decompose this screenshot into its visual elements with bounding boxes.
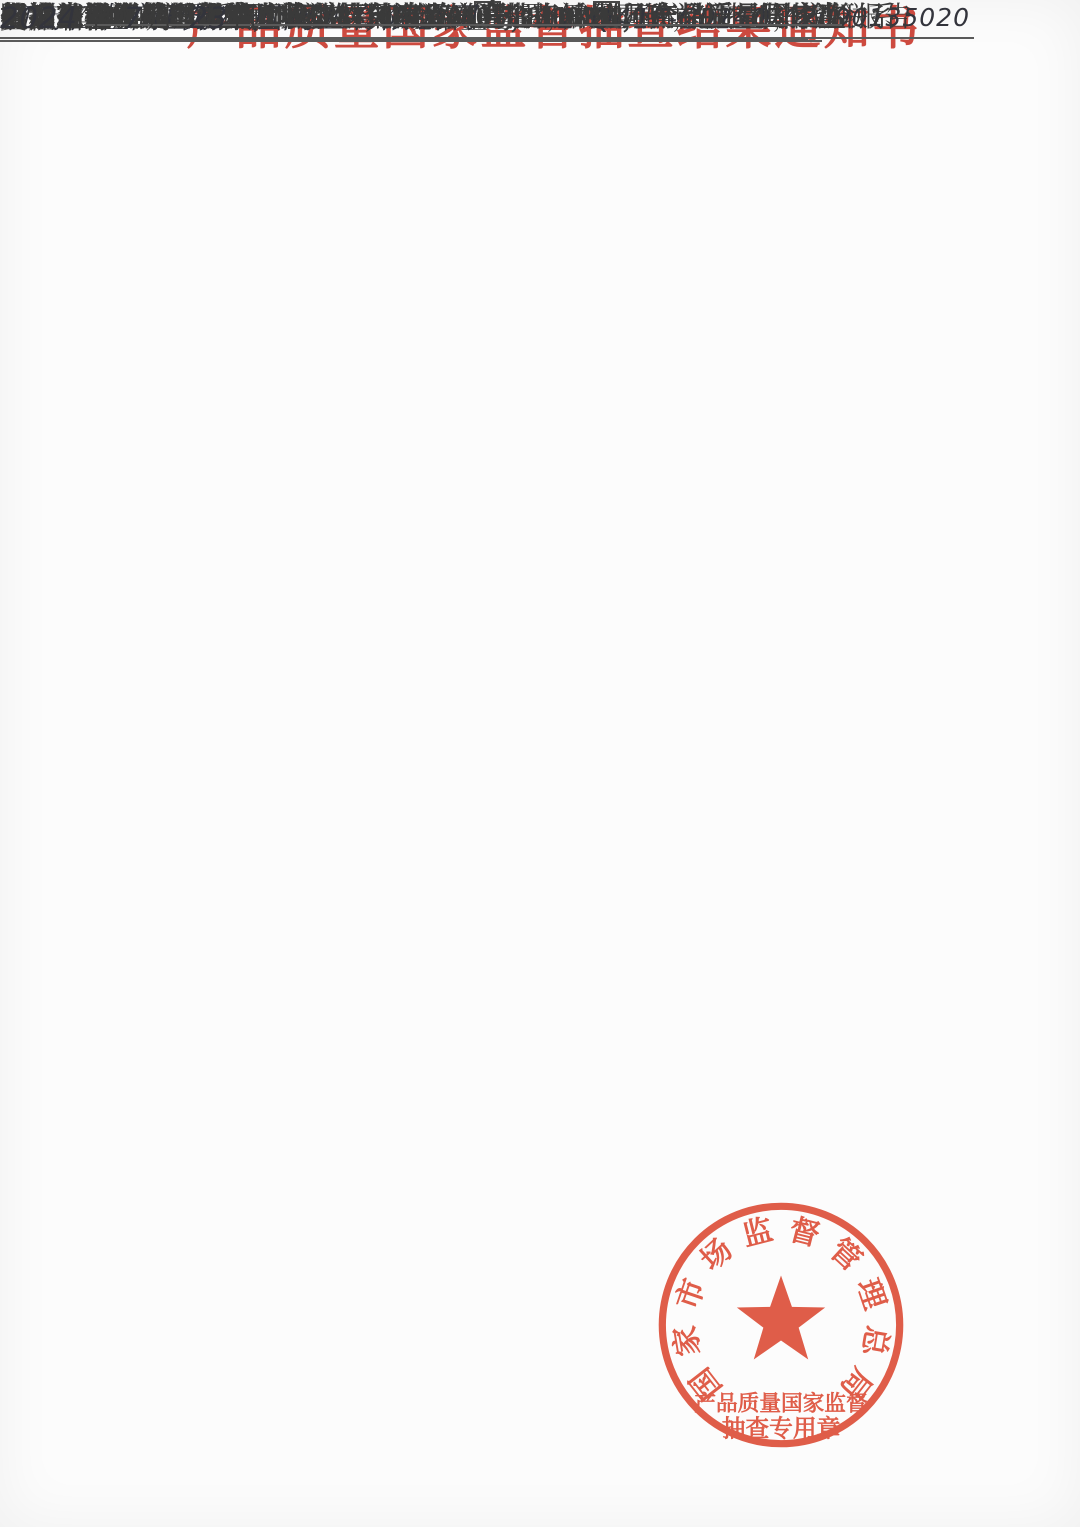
stamp-ring-char: 监 xyxy=(739,1213,776,1252)
date-day-unit: 日 xyxy=(230,2,260,35)
stamp-ring-text: 国 家 市 场 监 督 管 理 总 局 xyxy=(669,1213,894,1405)
date-year-handwritten: 2024 xyxy=(0,1,78,35)
stamp-ring-char: 市 xyxy=(671,1275,712,1314)
stamp-bottom-line-2: 抽查专用章 xyxy=(722,1414,841,1442)
date-year-unit: 年 xyxy=(80,2,110,35)
date-day-handwritten: 23 xyxy=(189,1,228,35)
official-seal-stamp: 国 家 市 场 监 督 管 理 总 局 产品质量国家监督 抽查专用章 xyxy=(652,1196,910,1454)
stamp-ring-char: 国 xyxy=(684,1361,728,1405)
stamp-ring-char: 场 xyxy=(695,1233,739,1278)
stamp-ring-char: 局 xyxy=(834,1361,878,1405)
date-month-unit: 月 xyxy=(145,2,175,35)
stamp-bottom-line-1: 产品质量国家监督 xyxy=(694,1391,868,1416)
stamp-ring-char: 理 xyxy=(850,1275,891,1314)
date-month-handwritten: 7 xyxy=(124,1,143,35)
date-row: 2024年7月23日 xyxy=(0,0,260,38)
stamp-ring-char: 总 xyxy=(856,1323,894,1358)
stamp-ring-char: 管 xyxy=(823,1233,867,1278)
stamp-ring xyxy=(662,1206,899,1443)
stamp-ring-char: 督 xyxy=(786,1213,823,1252)
document-page: 产品质量国家监督抽查结果通知书 编号：20240702090135020 江苏江… xyxy=(0,0,1080,1527)
stamp-ring-char: 家 xyxy=(669,1323,707,1358)
star-icon xyxy=(737,1275,825,1359)
